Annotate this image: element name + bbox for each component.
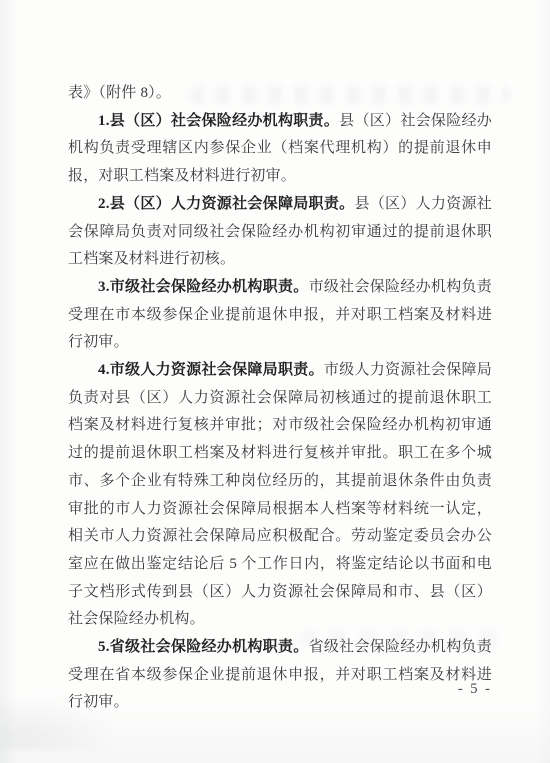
paragraph-2-heading: 2.县（区）人力资源社会保障局职责。 [98, 196, 354, 212]
paragraph-5-heading: 5.省级社会保险经办机构职责。 [98, 639, 309, 655]
page-number: - 5 - [458, 681, 492, 698]
paragraph-4-body: 市级人力资源社会保障局负责对县（区）人力资源社会保障局初核通过的提前退休职工档案… [68, 362, 492, 627]
paragraph-3: 3.市级社会保险经办机构职责。市级社会保险经办机构负责受理在市本级参保企业提前退… [68, 274, 492, 357]
paragraph-4-heading: 4.市级人力资源社会保障局职责。 [98, 362, 324, 378]
paragraph-4: 4.市级人力资源社会保障局职责。市级人力资源社会保障局负责对县（区）人力资源社会… [68, 357, 492, 634]
document-text-block: 表》（附件 8）。 1.县（区）社会保险经办机构职责。县（区）社会保险经办机构负… [68, 80, 492, 717]
paragraph-1: 1.县（区）社会保险经办机构职责。县（区）社会保险经办机构负责受理辖区内参保企业… [68, 108, 492, 191]
paragraph-1-heading: 1.县（区）社会保险经办机构职责。 [98, 113, 339, 129]
paragraph-3-heading: 3.市级社会保险经办机构职责。 [98, 279, 309, 295]
paragraph-2: 2.县（区）人力资源社会保障局职责。县（区）人力资源社会保障局负责对同级社会保险… [68, 191, 492, 274]
paragraph-5: 5.省级社会保险经办机构职责。省级社会保险经办机构负责受理在省本级参保企业提前退… [68, 634, 492, 717]
intro-continuation-line: 表》（附件 8）。 [68, 80, 492, 108]
scanned-document-page: 表》（附件 8）。 1.县（区）社会保险经办机构职责。县（区）社会保险经办机构负… [0, 0, 550, 763]
